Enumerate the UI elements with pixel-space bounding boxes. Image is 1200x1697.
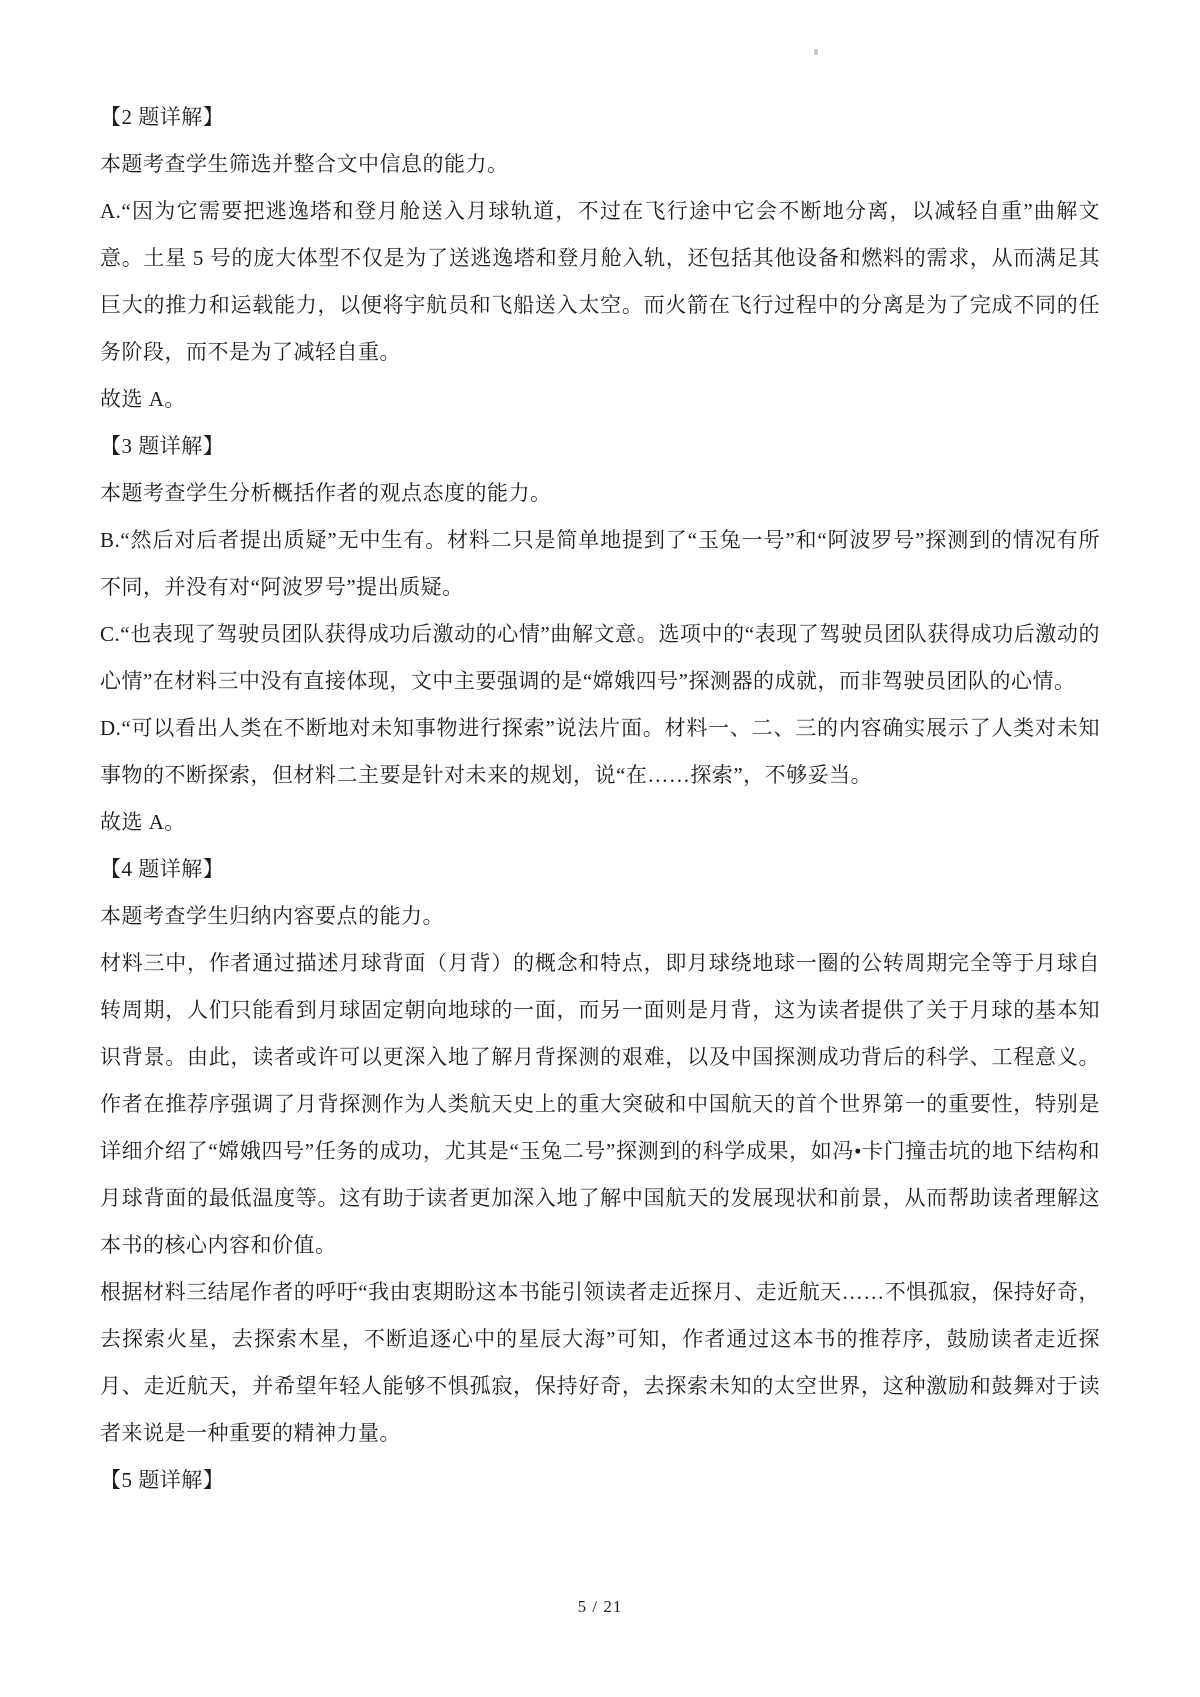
answer-explanations: 【2 题详解】 本题考查学生筛选并整合文中信息的能力。 A.“因为它需要把逃逸塔… [100,94,1100,1504]
q2-option-a-analysis: A.“因为它需要把逃逸塔和登月舱送入月球轨道，不过在飞行途中它会不断地分离，以减… [100,188,1100,376]
q2-explanation-heading: 【2 题详解】 [100,94,1100,141]
q2-answer-line: 故选 A。 [100,376,1100,423]
page-number: 5 / 21 [0,1597,1200,1617]
q3-option-b-analysis: B.“然后对后者提出质疑”无中生有。材料二只是简单地提到了“玉兔一号”和“阿波罗… [100,517,1100,611]
q4-analysis-paragraph-2: 根据材料三结尾作者的呼吁“我由衷期盼这本书能引领读者走近探月、走近航天……不惧孤… [100,1269,1100,1457]
q3-answer-line: 故选 A。 [100,799,1100,846]
q2-ability-statement: 本题考查学生筛选并整合文中信息的能力。 [100,141,1100,188]
q3-option-c-analysis: C.“也表现了驾驶员团队获得成功后激动的心情”曲解文意。选项中的“表现了驾驶员团… [100,611,1100,705]
q3-ability-statement: 本题考查学生分析概括作者的观点态度的能力。 [100,470,1100,517]
q4-analysis-paragraph-1: 材料三中，作者通过描述月球背面（月背）的概念和特点，即月球绕地球一圈的公转周期完… [100,940,1100,1269]
q4-ability-statement: 本题考查学生归纳内容要点的能力。 [100,893,1100,940]
q3-option-d-analysis: D.“可以看出人类在不断地对未知事物进行探索”说法片面。材料一、二、三的内容确实… [100,705,1100,799]
q3-explanation-heading: 【3 题详解】 [100,423,1100,470]
q4-explanation-heading: 【4 题详解】 [100,846,1100,893]
stray-ink-mark [814,49,818,55]
document-page: 【2 题详解】 本题考查学生筛选并整合文中信息的能力。 A.“因为它需要把逃逸塔… [0,0,1200,1697]
q5-explanation-heading: 【5 题详解】 [100,1457,1100,1504]
